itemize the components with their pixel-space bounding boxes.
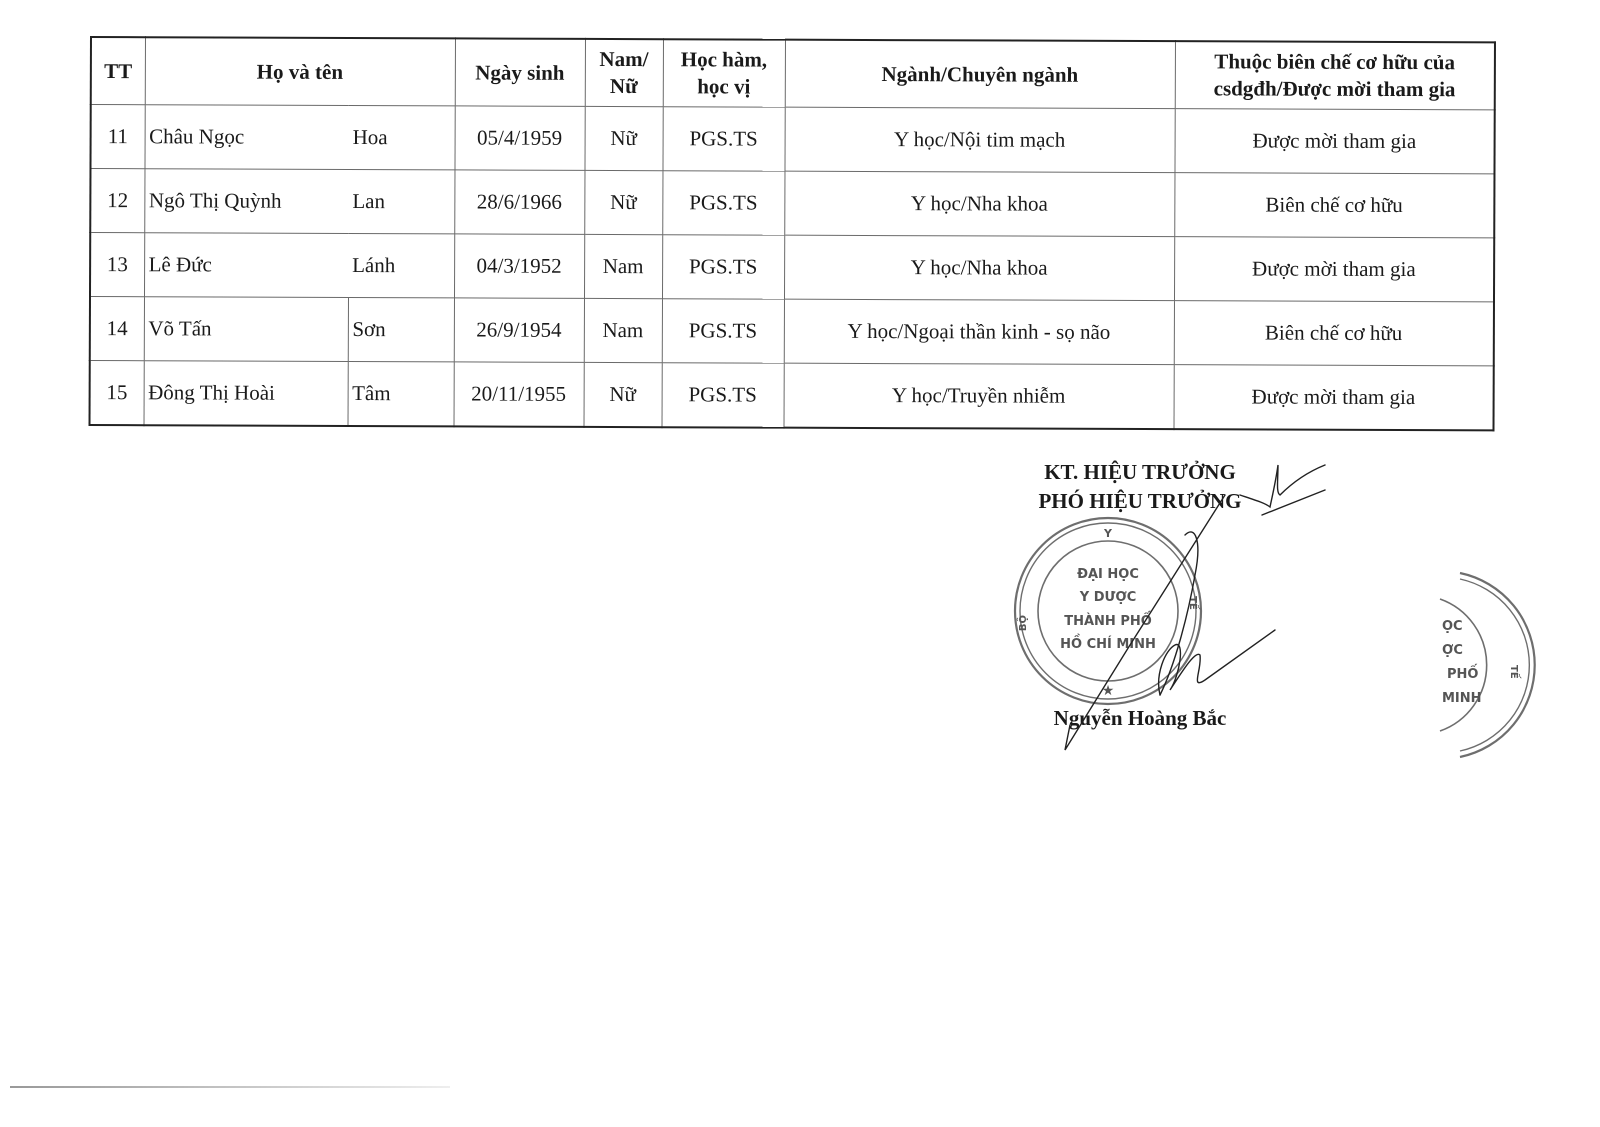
cell-status: Được mời tham gia (1174, 237, 1494, 302)
table-header-row: TT Họ và tên Ngày sinh Nam/Nữ Học hàm,họ… (91, 37, 1495, 110)
cell-tt: 14 (90, 297, 144, 361)
header-degree: Học hàm,học vị (663, 39, 785, 107)
cell-status: Được mời tham gia (1174, 365, 1494, 431)
header-full-name: Họ và tên (145, 37, 455, 106)
cell-dob: 26/9/1954 (454, 298, 584, 362)
cell-tt: 15 (90, 361, 144, 426)
cell-status: Biên chế cơ hữu (1174, 173, 1494, 238)
partial-stamp-line-2: ỢC (1442, 643, 1463, 658)
cell-given-name: Tâm (348, 361, 454, 426)
header-tt: TT (91, 37, 145, 105)
header-gender: Nam/Nữ (585, 39, 663, 107)
cell-degree: PGS.TS (662, 171, 784, 235)
cell-major: Y học/Nha khoa (784, 171, 1174, 236)
partial-stamp-right-text: TẾ (1508, 665, 1523, 679)
table-row: 11 Châu Ngọc Hoa 05/4/1959 Nữ PGS.TS Y h… (90, 105, 1494, 174)
cell-surname: Đông Thị Hoài (144, 361, 348, 426)
cell-given-name: Lan (348, 169, 454, 233)
partial-stamp-line-1: ỌC (1442, 619, 1463, 634)
cell-given-name: Lánh (348, 233, 454, 297)
header-gender-line2: Nữ (610, 74, 638, 98)
cell-given-name: Sơn (348, 297, 454, 361)
partial-stamp: ỌC ỢC PHỐ MINH TẾ (1420, 565, 1540, 765)
header-dob: Ngày sinh (455, 38, 585, 106)
header-degree-line2: học vị (697, 74, 750, 98)
page-edge-line (10, 1086, 450, 1088)
table-row: 15 Đông Thị Hoài Tâm 20/11/1955 Nữ PGS.T… (90, 361, 1494, 431)
partial-stamp-line-4: MINH (1442, 691, 1482, 706)
stamp-left-text: BỘ (1016, 615, 1029, 631)
handwritten-signature (1040, 455, 1340, 755)
cell-tt: 12 (90, 169, 144, 233)
cell-major: Y học/Truyền nhiễm (784, 363, 1174, 429)
header-status: Thuộc biên chế cơ hữu củacsdgđh/Được mời… (1175, 41, 1495, 110)
cell-major: Y học/Ngoại thần kinh - sọ não (784, 299, 1174, 364)
header-major: Ngành/Chuyên ngành (785, 40, 1175, 109)
cell-gender: Nam (584, 298, 662, 362)
header-status-line1: Thuộc biên chế cơ hữu của (1214, 49, 1455, 74)
table-row: 14 Võ Tấn Sơn 26/9/1954 Nam PGS.TS Y học… (90, 297, 1494, 366)
cell-dob: 04/3/1952 (454, 234, 584, 298)
cell-tt: 13 (90, 233, 144, 297)
cell-tt: 11 (90, 105, 144, 169)
cell-dob: 20/11/1955 (454, 362, 584, 427)
cell-degree: PGS.TS (662, 363, 784, 428)
cell-gender: Nữ (584, 362, 662, 427)
cell-degree: PGS.TS (662, 299, 784, 363)
cell-major: Y học/Nha khoa (784, 235, 1174, 300)
cell-major: Y học/Nội tim mạch (785, 107, 1175, 172)
cell-gender: Nam (584, 234, 662, 298)
cell-surname: Ngô Thị Quỳnh (144, 169, 348, 234)
staff-table: TT Họ và tên Ngày sinh Nam/Nữ Học hàm,họ… (89, 36, 1497, 431)
cell-gender: Nữ (584, 170, 662, 234)
header-degree-line1: Học hàm, (681, 47, 767, 71)
table-row: 12 Ngô Thị Quỳnh Lan 28/6/1966 Nữ PGS.TS… (90, 169, 1494, 238)
table-row: 13 Lê Đức Lánh 04/3/1952 Nam PGS.TS Y họ… (90, 233, 1494, 302)
cell-surname: Lê Đức (144, 233, 348, 298)
cell-dob: 28/6/1966 (454, 170, 584, 234)
cell-surname: Võ Tấn (144, 297, 348, 362)
partial-stamp-line-3: PHỐ (1447, 664, 1478, 682)
cell-status: Được mời tham gia (1174, 109, 1494, 174)
cell-dob: 05/4/1959 (455, 106, 585, 170)
cell-status: Biên chế cơ hữu (1174, 301, 1494, 366)
cell-degree: PGS.TS (662, 235, 784, 299)
cell-given-name: Hoa (348, 105, 454, 169)
cell-gender: Nữ (585, 106, 663, 170)
header-gender-line1: Nam/ (599, 47, 648, 71)
cell-degree: PGS.TS (663, 107, 785, 171)
header-status-line2: csdgđh/Được mời tham gia (1214, 76, 1456, 101)
cell-surname: Châu Ngọc (144, 105, 348, 170)
